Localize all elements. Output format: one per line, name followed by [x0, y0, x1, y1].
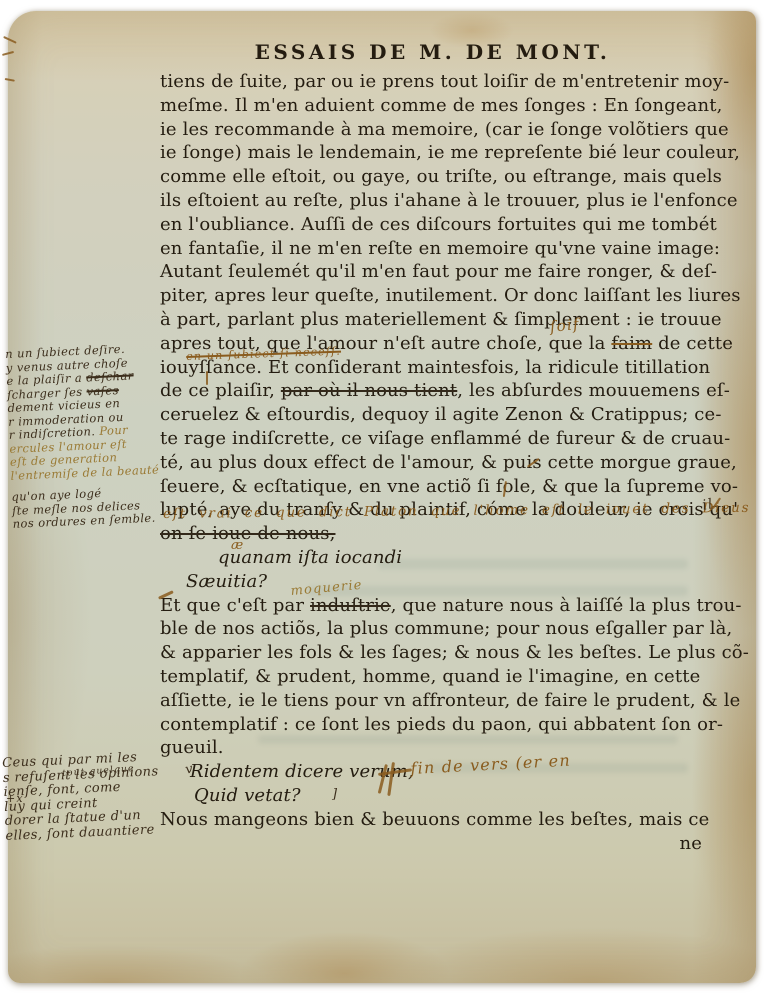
text-segment: Autant ſeulemét qu'il m'en faut pour me …: [160, 261, 717, 282]
handwritten-note: æ: [231, 538, 244, 553]
body-line: Et que c'eſt par induſtrie, que nature n…: [160, 594, 708, 618]
text-segment: , les abſurdes mouuemens eſ-: [457, 380, 730, 401]
handwritten-note: ]: [332, 787, 338, 802]
body-line: en fantaſie, il ne m'en reſte en memoire…: [160, 237, 708, 261]
handwritten-note: ſoif: [549, 315, 580, 336]
body-line: templatif, & prudent, homme, quand ie l'…: [160, 665, 708, 689]
text-segment: aſſiette, ie le tiens pour vn affronteur…: [160, 690, 740, 711]
body-line: en l'oubliance. Auſſi de ces diſcours fo…: [160, 213, 708, 237]
text-segment: faim: [611, 333, 652, 354]
text-segment: ble de nos actiõs, la plus commune; pour…: [160, 618, 732, 639]
text-segment: ceruelez & eſtourdis, dequoy il agite Ze…: [160, 404, 722, 425]
text-segment: tiens de ſuite, par ou ie prens tout loi…: [160, 71, 729, 92]
text-segment: induſtrie: [310, 595, 391, 616]
body-line: Autant ſeulemét qu'il m'en faut pour me …: [160, 260, 708, 284]
text-segment: ſeuere, & ecſtatique, en vne actiõ ſi fo…: [160, 476, 738, 497]
body-line: ne: [160, 832, 708, 856]
text-segment: meſme. Il m'en aduient comme de mes ſong…: [160, 95, 723, 116]
scanned-book-photo: { "palette": { "ink": "#241c10", "inkdar…: [0, 0, 768, 1001]
text-segment: ne: [679, 833, 702, 854]
text-segment: on ſe ioue de nous,: [160, 523, 335, 544]
text-segment: ie les recommande à ma memoire, (car ie …: [160, 119, 729, 140]
text-segment: contemplatif : ce ſont les pieds du paon…: [160, 714, 723, 735]
handwritten-note: +x: [6, 792, 24, 805]
body-line: tiens de ſuite, par ou ie prens tout loi…: [160, 70, 708, 94]
text-segment: Et que c'eſt par: [160, 595, 310, 616]
text-segment: comme elle eſtoit, ou gaye, ou triſte, o…: [160, 166, 722, 187]
body-line: té, au plus doux effect de l'amour, & pu…: [160, 451, 708, 475]
running-header: ESSAIS DE M. DE MONT.: [160, 40, 705, 64]
body-line: contemplatif : ce ſont les pieds du paon…: [160, 713, 708, 737]
body-line: meſme. Il m'en aduient comme de mes ſong…: [160, 94, 708, 118]
body-line: comme elle eſtoit, ou gaye, ou triſte, o…: [160, 165, 708, 189]
text-segment: te rage indiſcrette, ce viſage enflammé …: [160, 428, 730, 449]
body-line: Sæuitia?: [160, 570, 708, 594]
text-segment: , que nature nous à laiſſé la plus trou-: [391, 595, 742, 616]
body-line: ceruelez & eſtourdis, dequoy il agite Ze…: [160, 403, 708, 427]
ink-stroke-mark: [206, 371, 208, 385]
text-segment: quanam iſta iocandi: [218, 547, 402, 568]
body-line: ble de nos actiõs, la plus commune; pour…: [160, 617, 708, 641]
text-segment: par où il nous tient: [281, 380, 457, 401]
margin-annotations-upper: n un ſubiect deſire.y venus autre choſee…: [5, 341, 171, 531]
text-segment: de ce plaiſir,: [160, 380, 281, 401]
body-line: & apparier les fols & les ſages; & nous …: [160, 641, 708, 665]
text-segment: té, au plus doux effect de l'amour, & pu…: [160, 452, 737, 473]
text-segment: templatif, & prudent, homme, quand ie l'…: [160, 666, 700, 687]
printed-text-block: tiens de ſuite, par ou ie prens tout loi…: [160, 70, 708, 855]
text-segment: ie ſonge) mais le lendemain, ie me repre…: [160, 142, 740, 163]
body-line: aſſiette, ie le tiens pour vn affronteur…: [160, 689, 708, 713]
text-segment: & apparier les fols & les ſages; & nous …: [160, 642, 749, 663]
body-line: ie les recommande à ma memoire, (car ie …: [160, 118, 708, 142]
text-segment: en fantaſie, il ne m'en reſte en memoire…: [160, 238, 720, 259]
body-line: te rage indiſcrette, ce viſage enflammé …: [160, 427, 708, 451]
text-segment: à part, parlant plus materiellement & ſi…: [160, 309, 722, 330]
text-segment: piter, apres leur queſte, inutilement. O…: [160, 285, 741, 306]
body-line: ils eſtoient au reſte, plus i'ahane à le…: [160, 189, 708, 213]
text-segment: de cette: [652, 333, 733, 354]
text-segment: en l'oubliance. Auſſi de ces diſcours fo…: [160, 214, 717, 235]
body-line: de ce plaiſir, par où il nous tient, les…: [160, 379, 708, 403]
body-line: à part, parlant plus materiellement & ſi…: [160, 308, 708, 332]
body-line: ſeuere, & ecſtatique, en vne actiõ ſi fo…: [160, 475, 708, 499]
body-line: piter, apres leur queſte, inutilement. O…: [160, 284, 708, 308]
text-segment: Sæuitia?: [186, 571, 267, 592]
text-segment: ils eſtoient au reſte, plus i'ahane à le…: [160, 190, 738, 211]
margin-annotations-lower: Ceus qui par mi less refuſent les opinio…: [2, 747, 246, 845]
body-line: ie ſonge) mais le lendemain, ie me repre…: [160, 141, 708, 165]
